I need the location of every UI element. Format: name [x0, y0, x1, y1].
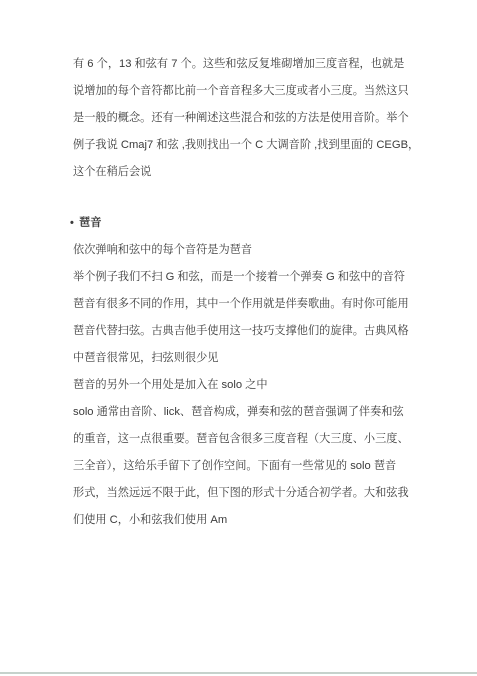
- text-line: 依次弹响和弦中的每个音符是为琶音: [73, 237, 413, 264]
- text-line: 是一般的概念。还有一种阐述这些混合和弦的方法是使用音阶。举个: [73, 105, 413, 132]
- section-heading-label: 琶音: [79, 217, 101, 229]
- paragraph: 琶音有很多不同的作用，其中一个作用就是伴奏歌曲。有时你可能用 琶音代替扫弦。古典…: [73, 291, 413, 372]
- text-line: 琶音代替扫弦。古典吉他手使用这一技巧支撑他们的旋律。古典风格: [73, 318, 413, 345]
- text-line: 举个例子我们不扫 G 和弦，而是一个接着一个弹奏 G 和弦中的音符: [73, 264, 413, 291]
- paragraph: 举个例子我们不扫 G 和弦，而是一个接着一个弹奏 G 和弦中的音符: [73, 264, 413, 291]
- paragraph: solo 通常由音阶、lick、琶音构成，弹奏和弦的琶音强调了伴奏和弦 的重音，…: [73, 399, 413, 534]
- text-line: 琶音有很多不同的作用，其中一个作用就是伴奏歌曲。有时你可能用: [73, 291, 413, 318]
- text-line: solo 通常由音阶、lick、琶音构成，弹奏和弦的琶音强调了伴奏和弦: [73, 399, 413, 426]
- text-line: 例子我说 Cmaj7 和弦 ,我则找出一个 C 大调音阶 ,找到里面的 CEGB…: [73, 132, 413, 159]
- paragraph: 有 6 个，13 和弦有 7 个。这些和弦反复堆砌增加三度音程，也就是 说增加的…: [73, 51, 413, 186]
- text-line: 的重音，这一点很重要。琶音包含很多三度音程（大三度、小三度、: [73, 426, 413, 453]
- section-heading: •琶音: [70, 210, 413, 237]
- text-line: 中琶音很常见，扫弦则很少见: [73, 345, 413, 372]
- text-line: 琶音的另外一个用处是加入在 solo 之中: [73, 372, 413, 399]
- text-line: 形式，当然远远不限于此，但下图的形式十分适合初学者。大和弦我: [73, 480, 413, 507]
- bullet-icon: •: [70, 210, 79, 237]
- paragraph: 依次弹响和弦中的每个音符是为琶音: [73, 237, 413, 264]
- text-line: 三全音），这给乐手留下了创作空间。下面有一些常见的 solo 琶音: [73, 453, 413, 480]
- paragraph: 琶音的另外一个用处是加入在 solo 之中: [73, 372, 413, 399]
- text-line: 说增加的每个音符都比前一个音音程多大三度或者小三度。当然这只: [73, 78, 413, 105]
- bottom-divider: [0, 672, 477, 674]
- text-line: 们使用 C，小和弦我们使用 Am: [73, 507, 413, 534]
- text-line: 这个在稍后会说: [73, 159, 413, 186]
- text-line: 有 6 个，13 和弦有 7 个。这些和弦反复堆砌增加三度音程，也就是: [73, 51, 413, 78]
- document-body: 有 6 个，13 和弦有 7 个。这些和弦反复堆砌增加三度音程，也就是 说增加的…: [73, 51, 413, 534]
